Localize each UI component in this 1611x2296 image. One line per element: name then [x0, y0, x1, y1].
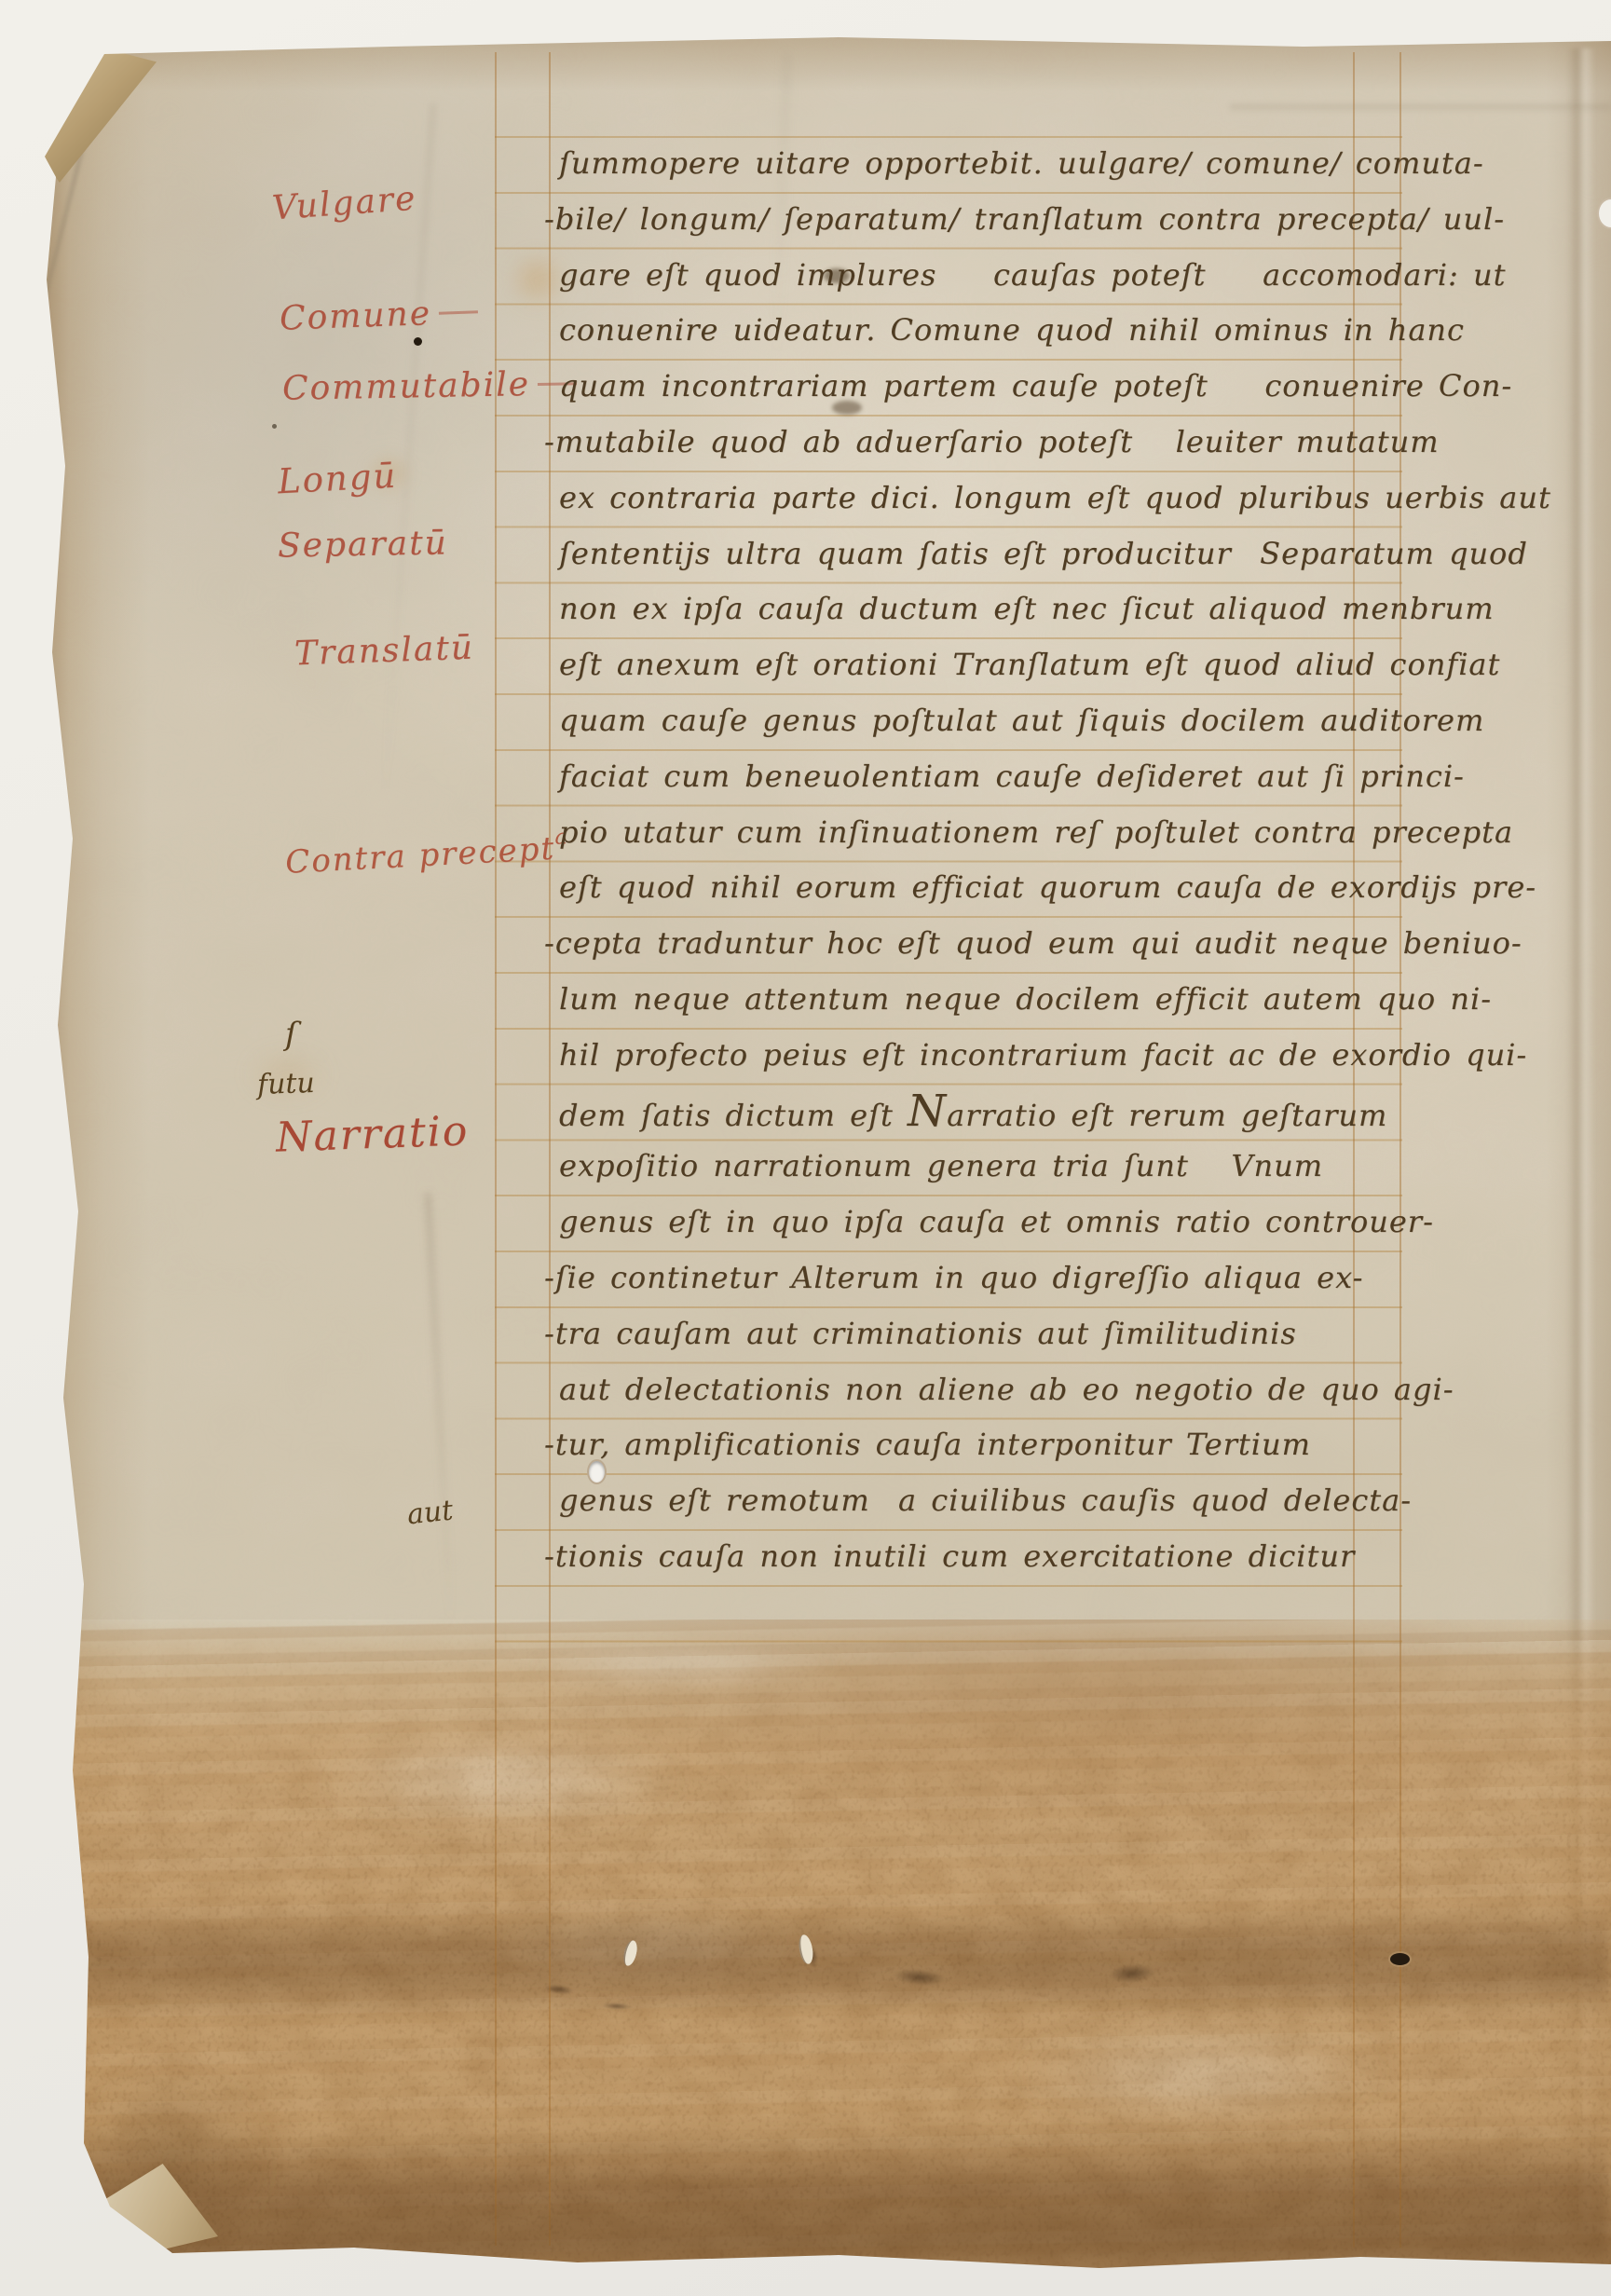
rubric-text: Comune	[279, 294, 431, 338]
text-line: -tionis cauſa non inutili cum exercitati…	[559, 1529, 1426, 1585]
narratio-initial: N	[908, 1086, 947, 1137]
rubric-text: Commutabile	[282, 365, 531, 408]
rubric-flourish	[439, 310, 478, 314]
slit-hole	[621, 1939, 639, 1967]
text-line: ſummopere uitare opportebit. uulgare/ co…	[559, 136, 1426, 192]
wormhole	[587, 1459, 607, 1484]
text-line: faciat cum beneuolentiam cauſe deſideret…	[559, 749, 1426, 805]
horizontal-crease-topright	[1230, 104, 1611, 113]
ink-blot	[414, 337, 422, 346]
margin-rubric-vulgare: Vulgare	[271, 180, 418, 228]
text-line: ſententijs ultra quam ſatis eſt producit…	[559, 526, 1426, 582]
margin-paragraph-mark: ſ	[285, 1016, 297, 1053]
text-line: lum neque attentum neque docilem efficit…	[559, 972, 1426, 1028]
text-line: gare eſt quod implures cauſas poteſt acc…	[559, 248, 1426, 304]
faded-ink-trace	[882, 1963, 957, 1992]
wrinkle-lower-left	[425, 1193, 455, 1631]
stain-dark-corner	[56, 1975, 447, 2283]
stain-light-smear	[261, 1724, 745, 1836]
text-line: -ſie continetur Alterum in quo digreſſio…	[559, 1250, 1426, 1306]
text-line: ex contraria parte dici. longum eſt quod…	[559, 471, 1426, 526]
text-line: -bile/ longum/ ſeparatum/ tranſlatum con…	[559, 192, 1426, 248]
text-line: -cepta traduntur hoc eſt quod eum qui au…	[559, 916, 1426, 972]
text-line: aut delectationis non aliene ab eo negot…	[559, 1362, 1426, 1418]
parchment-top-edge-shading	[37, 35, 1611, 91]
text-line: -tra cauſam aut criminationis aut ſimili…	[559, 1306, 1426, 1362]
text-line: expoſitio narrationum genera tria ſunt V…	[559, 1139, 1426, 1195]
parchment-leaf: Vulgare Comune Commutabile Longū Separat…	[0, 0, 1611, 2296]
text-line: conuenire uideatur. Comune quod nihil om…	[559, 303, 1426, 359]
stain-light-smear	[466, 1642, 894, 1690]
vertical-crease-right	[1567, 48, 1595, 2238]
text-line: eſt quod nihil eorum efficiat quorum cau…	[559, 860, 1426, 916]
text-line: quam incontrariam partem cauſe poteſt co…	[559, 359, 1426, 415]
bottom-left-corner-fold	[95, 2164, 218, 2257]
parchment-left-edge-shading	[37, 37, 149, 2264]
text-line: eſt anexum eſt orationi Tranſlatum eſt q…	[559, 637, 1426, 693]
text-segment: dem ſatis dictum eſt	[559, 1098, 908, 1133]
parchment-bottom-edge-shading	[56, 2171, 1611, 2269]
text-line: hil profecto peius eſt incontrarium faci…	[559, 1028, 1426, 1084]
margin-rubric-translatum: Translatū	[294, 629, 474, 674]
text-line-narratio: dem ſatis dictum eſt Narratio eſt rerum …	[559, 1084, 1426, 1140]
rubric-text: Contra precept	[284, 830, 556, 881]
margin-rubric-narratio: Narratio	[275, 1107, 470, 1161]
text-segment: arratio eſt rerum geſtarum	[947, 1098, 1387, 1133]
text-line: genus eſt in quo ipſa cauſa et omnis rat…	[559, 1195, 1426, 1250]
text-line: -tur, amplificationis cauſa interponitur…	[559, 1417, 1426, 1473]
text-line: pio utatur cum inſinuationem reſ poſtule…	[559, 805, 1426, 861]
main-text-column: ſummopere uitare opportebit. uulgare/ co…	[559, 136, 1426, 1585]
faded-ink-trace	[538, 1980, 580, 1999]
text-line: non ex ipſa cauſa ductum eſt nec ſicut a…	[559, 581, 1426, 637]
text-line: genus eſt remotum a ciuilibus cauſis quo…	[559, 1473, 1426, 1529]
margin-rubric-separatum: Separatū	[278, 524, 449, 565]
stain-dark-band	[0, 2126, 1611, 2257]
edge-hole	[1597, 198, 1611, 229]
parchment-right-edge-shading	[1546, 37, 1611, 2269]
text-line: -mutabile quod ab aduerſario poteſt leui…	[559, 415, 1426, 471]
margin-rubric-comune: Comune	[279, 293, 478, 337]
margin-note-aut: aut	[405, 1495, 455, 1532]
stain-light-smear	[447, 1901, 839, 1989]
text-line: quam cauſe genus poſtulat aut ſiquis doc…	[559, 693, 1426, 749]
margin-rubric-commutabile: Commutabile	[282, 364, 578, 408]
stain-light-smear	[950, 2013, 1454, 2134]
dark-hole	[1390, 1953, 1410, 1965]
margin-rubric-contra-precepta: Contra precepta	[284, 826, 568, 881]
ink-blot	[272, 424, 277, 429]
slit-hole	[797, 1934, 814, 1965]
faded-ink-trace	[1099, 1959, 1166, 1989]
top-left-corner-fold	[41, 48, 157, 183]
margin-note-futu: futu	[256, 1067, 315, 1101]
faded-ink-trace	[596, 2001, 637, 2012]
manuscript-scan: Vulgare Comune Commutabile Longū Separat…	[0, 0, 1611, 2296]
margin-rubric-longum: Longū	[277, 456, 398, 502]
